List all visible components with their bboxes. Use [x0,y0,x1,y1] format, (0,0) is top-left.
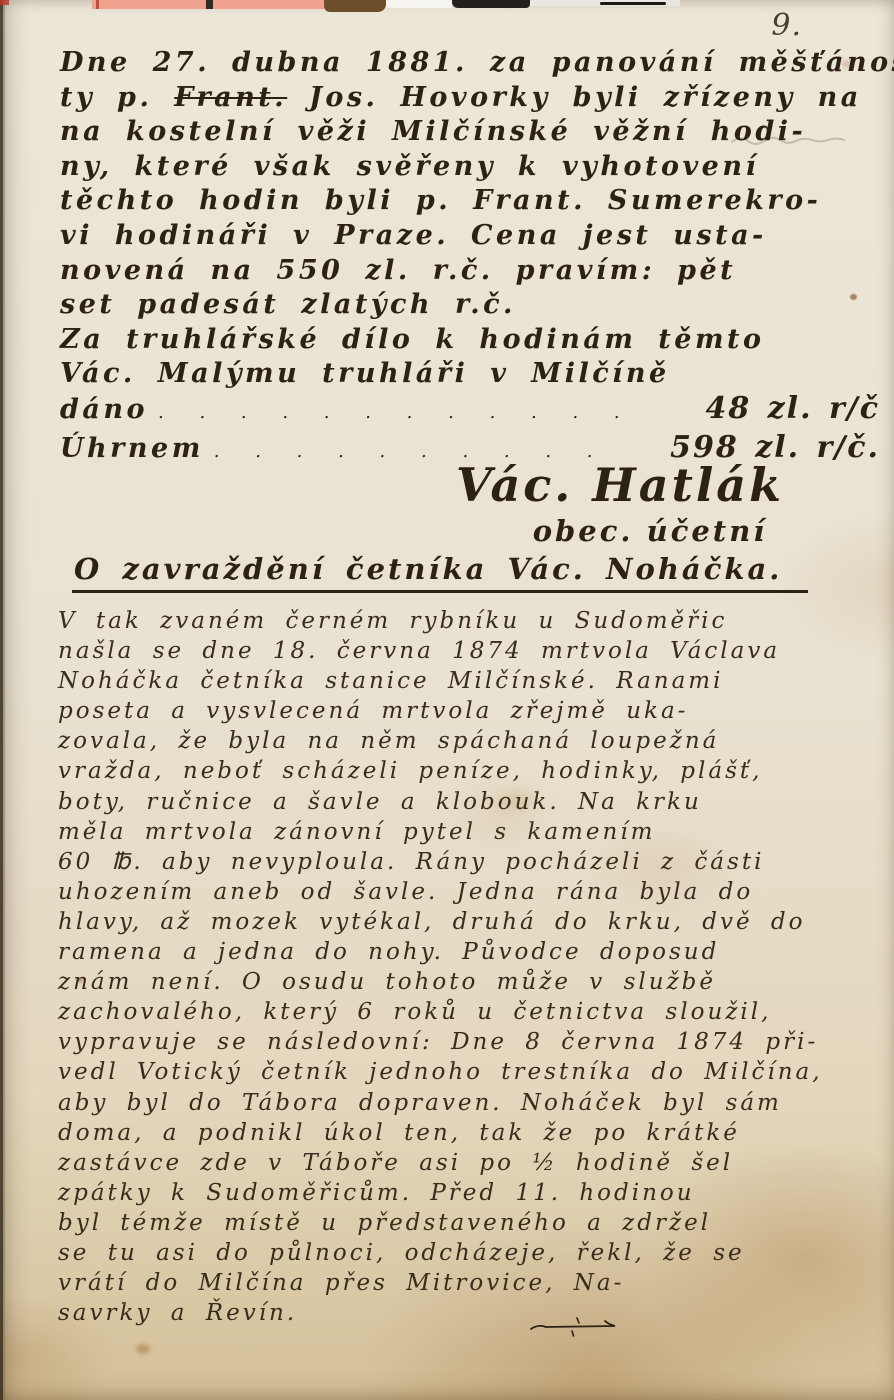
text-line: znám není. O osudu tohoto může v službě [58,967,882,997]
text-line: ramena a jedna do nohy. Původce doposud [58,937,882,967]
cost-label: dáno [60,393,148,428]
clock-entry: Dne 27. dubna 1881. za panování měšťános… [60,46,880,469]
text-line: V tak zvaném černém rybníku u Sudoměřic [58,606,882,636]
entry-line-fragment: Jos. Hovorky byli zřízeny na [287,82,862,113]
cost-label: Úhrnem [60,432,204,467]
entry-line: Vác. Malýmu truhláři v Milčíně [60,357,880,392]
end-flourish-icon [527,1316,619,1338]
top-edge-ink-dash [600,2,666,5]
manuscript-page: 9. Dne 27. dubna 1881. za panování měšťá… [0,0,894,1400]
top-edge-dark-smudge [452,0,530,8]
text-line: 60 ℔. aby nevyploula. Rány pocházeli z č… [58,847,882,877]
top-edge-white-sliver [386,0,452,8]
text-line: zachovalého, který 6 roků u četnictva sl… [58,997,882,1027]
text-line: zastávce zde v Táboře asi po ½ hodině še… [58,1148,882,1178]
text-line: byl témže místě u představeného a zdržel [58,1208,882,1238]
page-number: 9. [771,8,802,43]
top-edge-pink-paper-sliver [92,0,324,9]
entry-line: těchto hodin byli p. Frant. Sumerekro- [60,184,880,219]
text-line: zpátky k Sudoměřicům. Před 11. hodinou [58,1178,882,1208]
signature-block: Vác. Hatlák obec. účetní [420,458,820,548]
entry-line: ny, které však svěřeny k vyhotovení [60,150,880,185]
foxing-spot [136,1344,150,1354]
entry-line: na kostelní věži Milčínské věžní hodi- [60,115,880,150]
struck-out-word: Frant. [174,82,287,113]
entry-line: novená na 550 zl. r.č. pravím: pět [60,254,880,289]
top-edge-brown-blot [324,0,386,12]
entry-line: Za truhlářské dílo k hodinám těmto [60,323,880,358]
text-line: uhozením aneb od šavle. Jedna rána byla … [58,877,882,907]
pink-sliver-dark-notch [206,0,213,9]
cost-amount: 48 zl. r/č [685,392,880,427]
text-line: aby byl do Tábora dopraven. Noháček byl … [58,1088,882,1118]
text-line: boty, ručnice a šavle a klobouk. Na krku [58,787,882,817]
text-line: našla se dne 18. června 1874 mrtvola Vác… [58,636,882,666]
text-line: měla mrtvola zánovní pytel s kamením [58,817,882,847]
text-line: vypravuje se následovní: Dne 8 června 18… [58,1027,882,1057]
book-binding-shadow [3,0,5,1400]
entry-line: ty p. Frant. Jos. Hovorky byli zřízeny n… [60,81,880,116]
entry-line: Dne 27. dubna 1881. za panování měšťános… [60,46,880,81]
text-line: hlavy, až mozek vytékal, druhá do krku, … [58,907,882,937]
entry-line-fragment: ty p. [60,82,174,113]
entry-line: vi hodináři v Praze. Cena jest usta- [60,219,880,254]
cost-row-dano: dáno . . . . . . . . . . . . 48 zl. r/č [60,392,880,431]
text-line: Noháčka četníka stanice Milčínské. Ranam… [58,666,882,696]
dotted-leader: . . . . . . . . . . . . [148,396,685,431]
text-line: se tu asi do půlnoci, odcházeje, řekl, ž… [58,1238,882,1268]
text-line: doma, a podnikl úkol ten, tak že po krát… [58,1118,882,1148]
text-line: poseta a vysvlecená mrtvola zřejmě uka- [58,696,882,726]
top-left-red-mark [0,0,9,5]
text-line: zovala, že byla na něm spáchaná loupežná [58,726,882,756]
text-line: vražda, neboť scházeli peníze, hodinky, … [58,756,882,786]
entry-heading: O zavraždění četníka Vác. Noháčka. [72,552,808,593]
pink-sliver-red-line [96,0,99,9]
text-line: vedl Votický četník jednoho trestníka do… [58,1057,882,1087]
murder-entry-text: V tak zvaném černém rybníku u Sudoměřicn… [58,606,882,1328]
signature-name: Vác. Hatlák [420,458,820,512]
text-line: vrátí do Milčína přes Mitrovice, Na- [58,1268,882,1298]
text-line: savrky a Řevín. [58,1298,882,1328]
entry-line: set padesát zlatých r.č. [60,288,880,323]
signature-title: obec. účetní [480,514,820,548]
